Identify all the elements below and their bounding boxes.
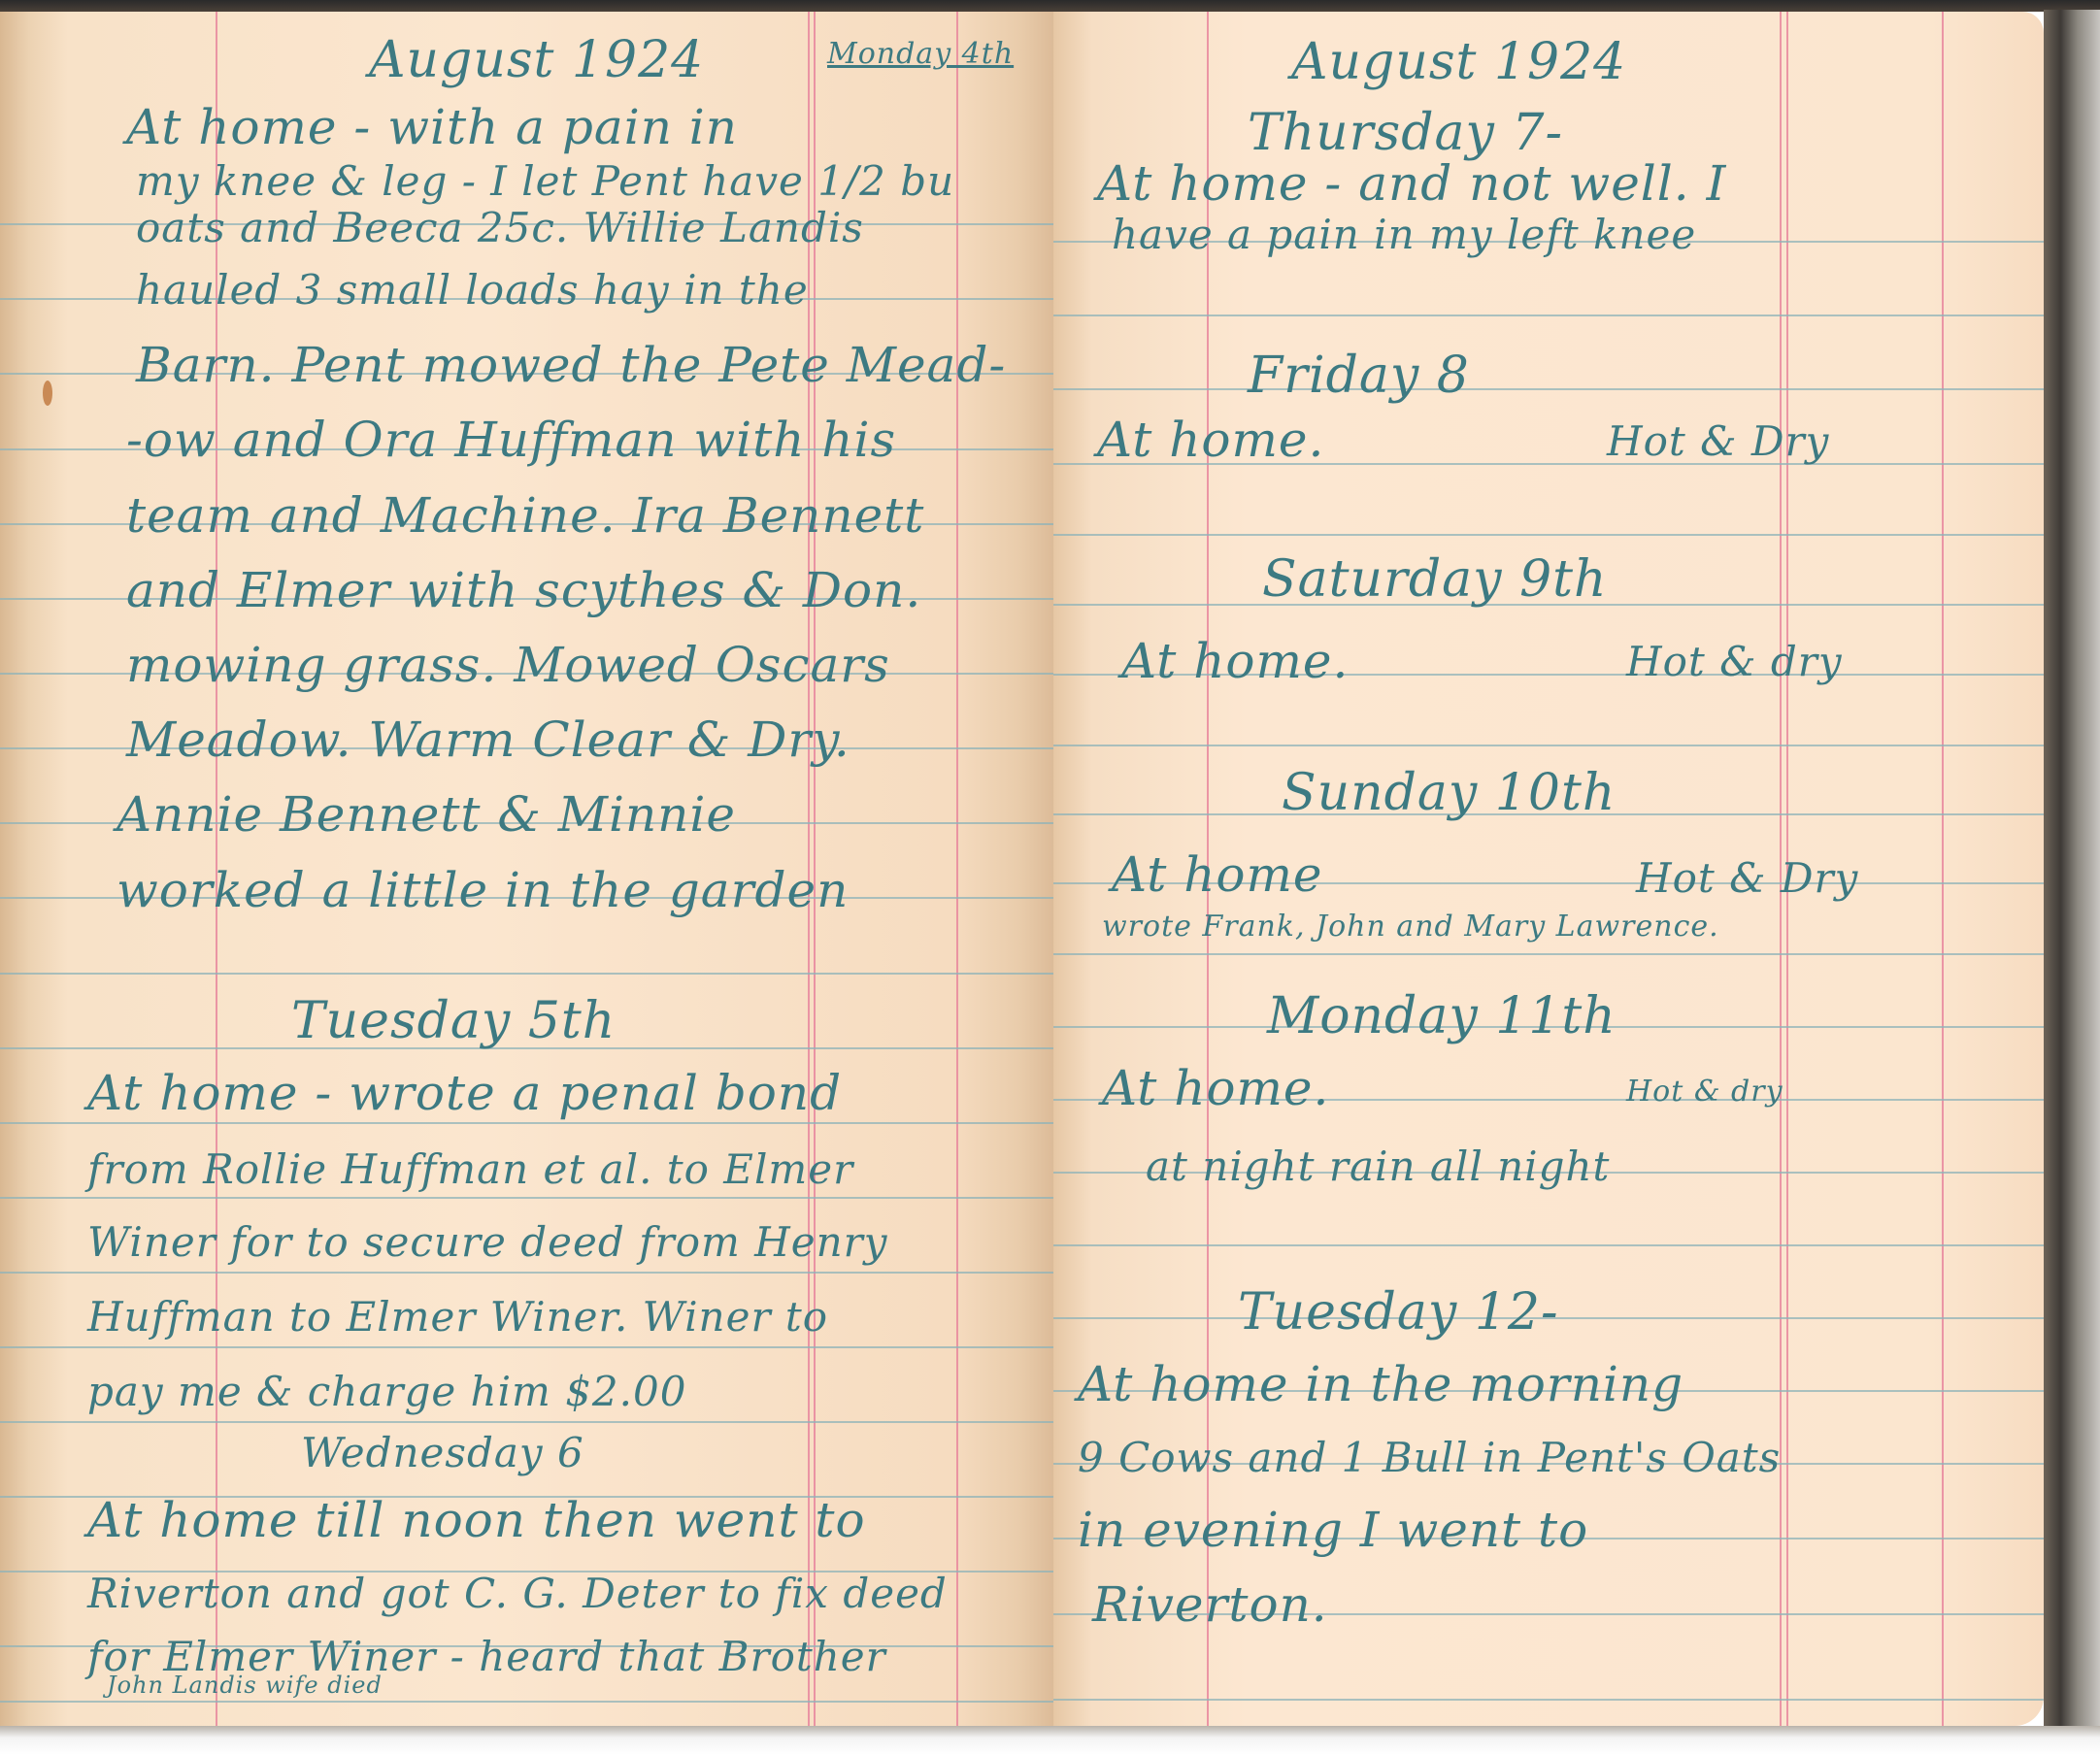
left-page: August 1924 Monday 4th At home - with a …: [0, 12, 1053, 1726]
entry-line: Meadow. Warm Clear & Dry.: [126, 712, 850, 768]
page-header-month: August 1924: [369, 31, 704, 89]
entry-day-heading: Thursday 7-: [1248, 104, 1563, 162]
weather-note: Hot & dry: [1626, 638, 1843, 685]
entry-line: John Landis wife died: [107, 1672, 383, 1699]
entry-day-heading: Sunday 10th: [1282, 764, 1616, 822]
entry-line: At home till noon then went to: [87, 1492, 866, 1548]
right-page: August 1924 Thursday 7- At home - and no…: [1053, 12, 2044, 1726]
entry-day-heading: Saturday 9th: [1262, 550, 1608, 609]
entry-day-heading: Tuesday 12-: [1238, 1283, 1559, 1341]
entry-line: and Elmer with scythes & Don.: [126, 562, 921, 618]
ruled-line: [0, 1197, 1053, 1199]
entry-day-heading: Tuesday 5th: [291, 992, 616, 1050]
entry-line: At home - with a pain in: [126, 99, 738, 155]
entry-line: wrote Frank, John and Mary Lawrence.: [1102, 910, 1719, 944]
entry-line: have a pain in my left knee: [1112, 211, 1696, 258]
entry-line: Huffman to Elmer Winer. Winer to: [87, 1293, 828, 1341]
entry-line: at night rain all night: [1146, 1142, 1610, 1190]
entry-line: At home in the morning: [1078, 1356, 1683, 1412]
book-bottom-edge: [0, 1726, 2100, 1755]
ruled-line: [1053, 745, 2044, 746]
entry-line: pay me & charge him $2.00: [87, 1368, 686, 1415]
book-top-edge: [0, 0, 2100, 12]
ruled-line: [0, 973, 1053, 975]
entry-line: oats and Beeca 25c. Willie Landis: [136, 204, 864, 251]
entry-line: hauled 3 small loads hay in the: [136, 266, 809, 314]
entry-line: 9 Cows and 1 Bull in Pent's Oats: [1078, 1434, 1781, 1481]
entry-day-heading: Friday 8: [1248, 347, 1470, 405]
weather-note: Hot & dry: [1626, 1075, 1783, 1109]
ruled-line: [0, 1122, 1053, 1124]
ruled-line: [1053, 1244, 2044, 1246]
entry-line: Winer for to secure deed from Henry: [87, 1218, 888, 1266]
ruled-line: [1053, 1699, 2044, 1701]
book-cover-edge: [2044, 10, 2100, 1728]
ruled-line: [1053, 953, 2044, 955]
margin-line: [1942, 12, 1944, 1726]
entry-line: Annie Bennett & Minnie: [117, 786, 736, 843]
ruled-line: [0, 1701, 1053, 1703]
entry-line: team and Machine. Ira Bennett: [126, 487, 924, 544]
ruled-line: [0, 1272, 1053, 1274]
entry-day-heading: Monday 11th: [1267, 987, 1617, 1045]
entry-line: in evening I went to: [1078, 1502, 1588, 1558]
entry-line: Barn. Pent mowed the Pete Mead-: [136, 337, 1006, 393]
entry-line: mowing grass. Mowed Oscars: [126, 637, 890, 693]
ruled-line: [1053, 315, 2044, 316]
entry-line: At home - and not well. I: [1097, 155, 1726, 212]
entry-line: At home.: [1102, 1060, 1329, 1116]
ruled-line: [1053, 388, 2044, 390]
page-header-month: August 1924: [1291, 33, 1626, 91]
entry-line: worked a little in the garden: [117, 862, 849, 918]
page-stain: [43, 381, 52, 406]
entry-line: my knee & leg - I let Pent have 1/2 bu: [136, 157, 954, 205]
weather-note: Hot & Dry: [1636, 854, 1858, 902]
ruled-line: [0, 1421, 1053, 1423]
entry-line: At home - wrote a penal bond: [87, 1065, 842, 1121]
entry-line: Riverton and got C. G. Deter to fix deed: [87, 1570, 948, 1617]
entry-day-heading: Wednesday 6: [301, 1429, 584, 1476]
entry-line: Riverton.: [1092, 1576, 1328, 1633]
entry-line: At home.: [1097, 412, 1324, 468]
weather-note: Hot & Dry: [1607, 417, 1829, 465]
entry-line: -ow and Ora Huffman with his: [126, 412, 896, 468]
margin-line: [956, 12, 958, 1726]
ruled-line: [1053, 534, 2044, 536]
page-header-day: Monday 4th: [827, 37, 1014, 71]
entry-line: At home: [1112, 846, 1323, 903]
ruled-line: [0, 1346, 1053, 1348]
entry-line: At home.: [1121, 633, 1349, 689]
entry-line: from Rollie Huffman et al. to Elmer: [87, 1145, 853, 1193]
